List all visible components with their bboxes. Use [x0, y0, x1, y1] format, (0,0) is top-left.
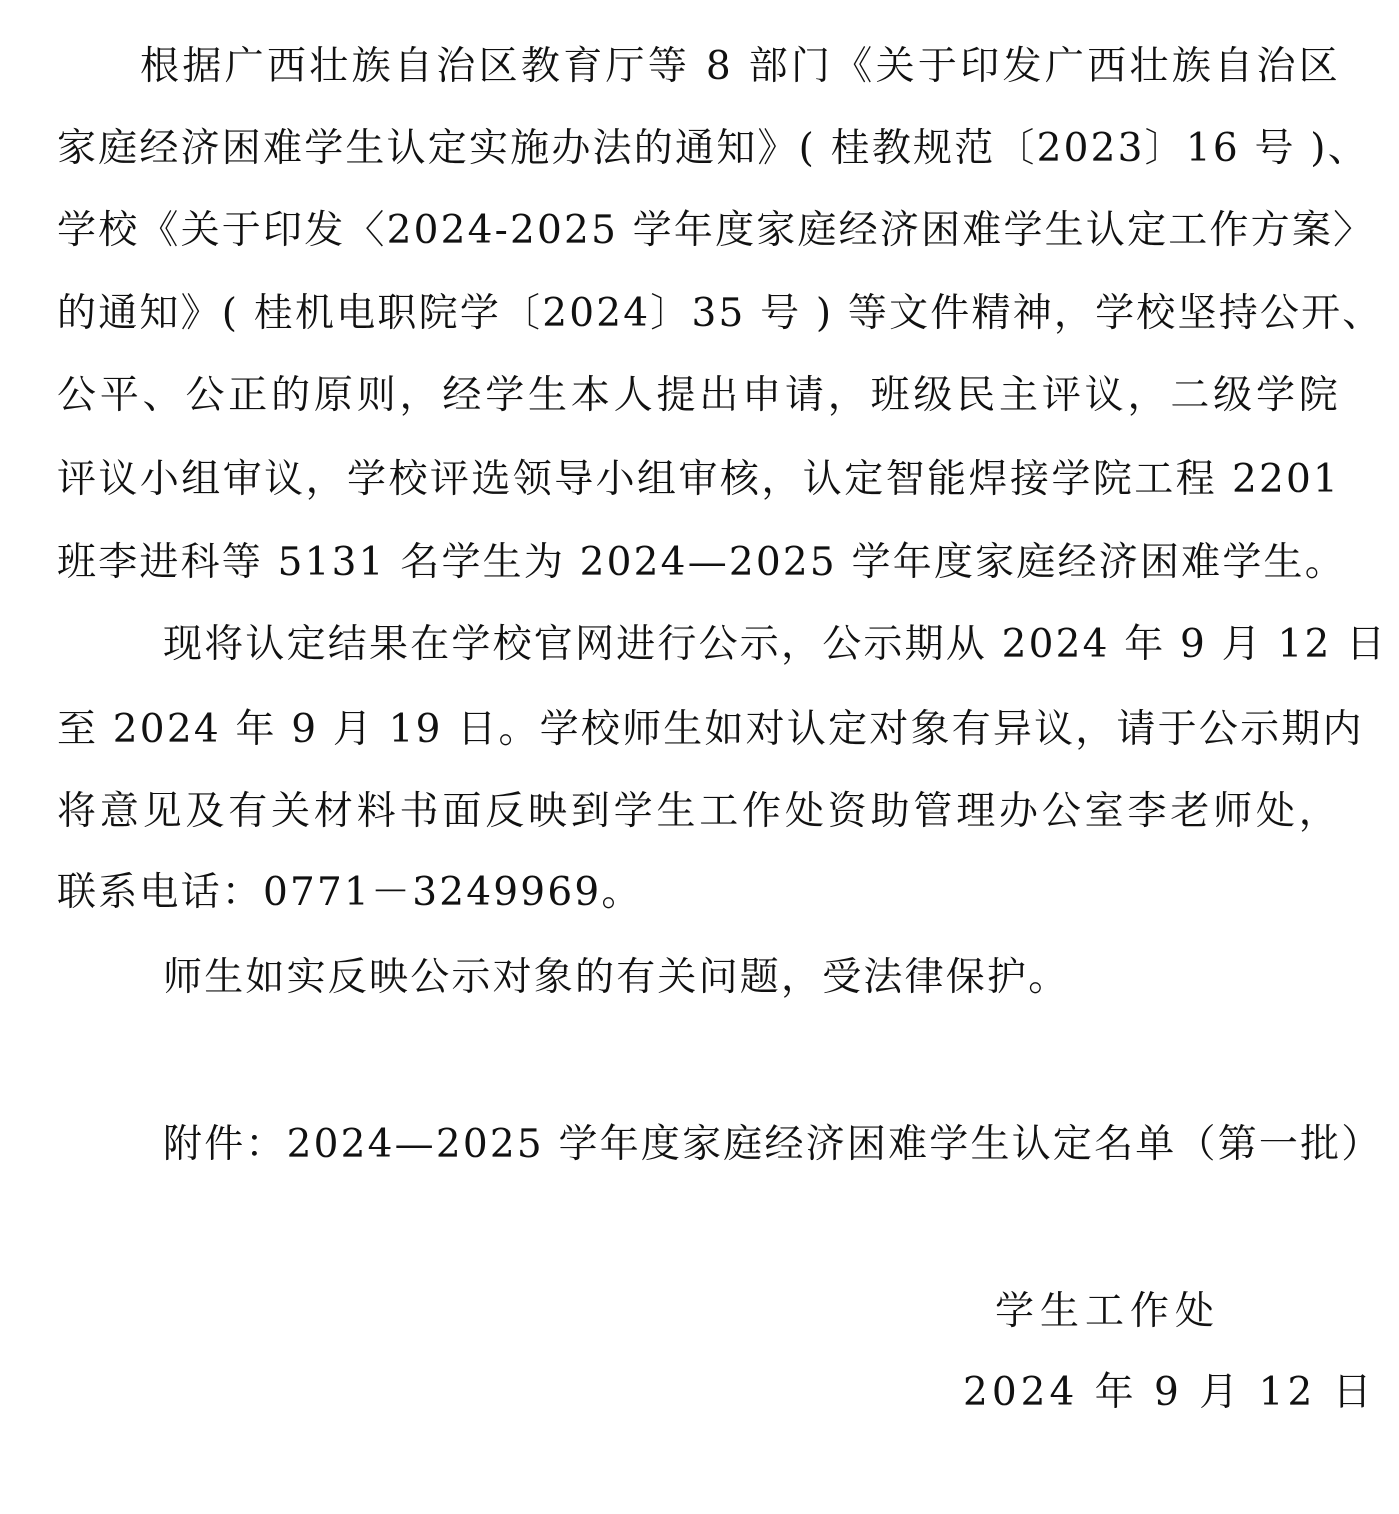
paragraph-line: 评议小组审议，学校评选领导小组审核，认定智能焊接学院工程 2201 [57, 450, 1340, 510]
paragraph-line: 学校《关于印发〈2024-2025 学年度家庭经济困难学生认定工作方案〉 [57, 201, 1340, 261]
contact-phone-line: 联系电话：0771－3249969。 [57, 863, 1340, 923]
issue-date: 2024 年 9 月 12 日 [963, 1363, 1376, 1423]
paragraph-line: 将意见及有关材料书面反映到学生工作处资助管理办公室李老师处， [57, 782, 1340, 842]
paragraph-line: 现将认定结果在学校官网进行公示，公示期从 2024 年 9 月 12 日 [163, 615, 1340, 675]
issuer-signature: 学生工作处 [995, 1282, 1220, 1342]
attachment-reference: 附件：2024—2025 学年度家庭经济困难学生认定名单（第一批） [163, 1115, 1340, 1175]
paragraph-line: 家庭经济困难学生认定实施办法的通知》( 桂教规范〔2023〕16 号 )、 [57, 119, 1340, 179]
paragraph-line: 班李进科等 5131 名学生为 2024—2025 学年度家庭经济困难学生。 [57, 533, 1340, 593]
paragraph-line: 的通知》( 桂机电职院学〔2024〕35 号 ) 等文件精神，学校坚持公开、 [57, 284, 1340, 344]
paragraph-legal-protection: 师生如实反映公示对象的有关问题，受法律保护。 [163, 948, 1340, 1008]
paragraph-line: 至 2024 年 9 月 19 日。学校师生如对认定对象有异议，请于公示期内 [57, 700, 1340, 760]
paragraph-line: 公平、公正的原则，经学生本人提出申请，班级民主评议，二级学院 [57, 366, 1340, 426]
document-page: 根据广西壮族自治区教育厅等 8 部门《关于印发广西壮族自治区 家庭经济困难学生认… [0, 0, 1399, 1514]
paragraph-line: 根据广西壮族自治区教育厅等 8 部门《关于印发广西壮族自治区 [140, 37, 1340, 97]
